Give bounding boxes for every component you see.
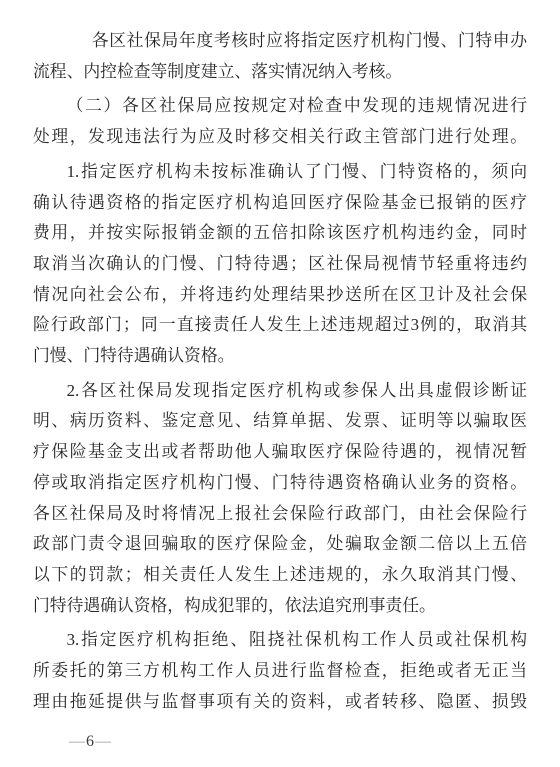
text-line: 费用，并按实际报销金额的五倍扣除该医疗机构违约金，同时 bbox=[33, 218, 527, 249]
page-number-dash-left: — bbox=[69, 733, 86, 750]
document-body: 各区社保局年度考核时应将指定医疗机构门慢、门特申办流程、内控检查等制度建立、落实… bbox=[33, 22, 527, 717]
text-line: 门慢、门特待遇确认资格。 bbox=[33, 341, 527, 372]
text-line: 疗保险基金支出或者帮助他人骗取医疗保险待遇的，视情况暂 bbox=[33, 437, 527, 468]
text-line: 1.指定医疗机构未按标准确认了门慢、门特资格的，须向 bbox=[33, 157, 527, 188]
text-line: 处理，发现违法行为应及时移交相关行政主管部门进行处理。 bbox=[33, 122, 527, 153]
text-line: 理由拖延提供与监督事项有关的资料，或者转移、隐匿、损毁 bbox=[33, 687, 527, 718]
text-line: 确认待遇资格的指定医疗机构追回医疗保险基金已报销的医疗 bbox=[33, 188, 527, 219]
text-line: 险行政部门；同一直接责任人发生上述违规超过3例的，取消其 bbox=[33, 310, 527, 341]
text-line: 所委托的第三方机构工作人员进行监督检查，拒绝或者无正当 bbox=[33, 656, 527, 687]
text-line: 流程、内控检查等制度建立、落实情况纳入考核。 bbox=[33, 57, 527, 88]
text-line: 政部门责令退回骗取的医疗保险金，处骗取金额二倍以上五倍 bbox=[33, 529, 527, 560]
text-line: 取消当次确认的门慢、门特待遇；区社保局视情节轻重将违约 bbox=[33, 249, 527, 280]
text-line: 各区社保局及时将情况上报社会保险行政部门，由社会保险行 bbox=[33, 499, 527, 530]
page-number: —6— bbox=[69, 732, 112, 752]
text-line: （二）各区社保局应按规定对检查中发现的违规情况进行 bbox=[33, 91, 527, 122]
text-line: 3.指定医疗机构拒绝、阻挠社保机构工作人员或社保机构 bbox=[33, 625, 527, 656]
text-line: 以下的罚款；相关责任人发生上述违规的，永久取消其门慢、 bbox=[33, 560, 527, 591]
text-line: 各区社保局年度考核时应将指定医疗机构门慢、门特申办 bbox=[33, 26, 527, 57]
text-line: 门特待遇确认资格，构成犯罪的，依法追究刑事责任。 bbox=[33, 591, 527, 622]
page-number-dash-right: — bbox=[95, 733, 112, 750]
text-line: 明、病历资料、鉴定意见、结算单据、发票、证明等以骗取医 bbox=[33, 406, 527, 437]
text-line: 停或取消指定医疗机构门慢、门特待遇资格确认业务的资格。 bbox=[33, 468, 527, 499]
document-page: 各区社保局年度考核时应将指定医疗机构门慢、门特申办流程、内控检查等制度建立、落实… bbox=[0, 0, 560, 767]
page-number-value: 6 bbox=[86, 733, 95, 750]
text-line: 情况向社会公布，并将违约处理结果抄送所在区卫计及社会保 bbox=[33, 280, 527, 311]
text-line: 2.各区社保局发现指定医疗机构或参保人出具虚假诊断证 bbox=[33, 376, 527, 407]
